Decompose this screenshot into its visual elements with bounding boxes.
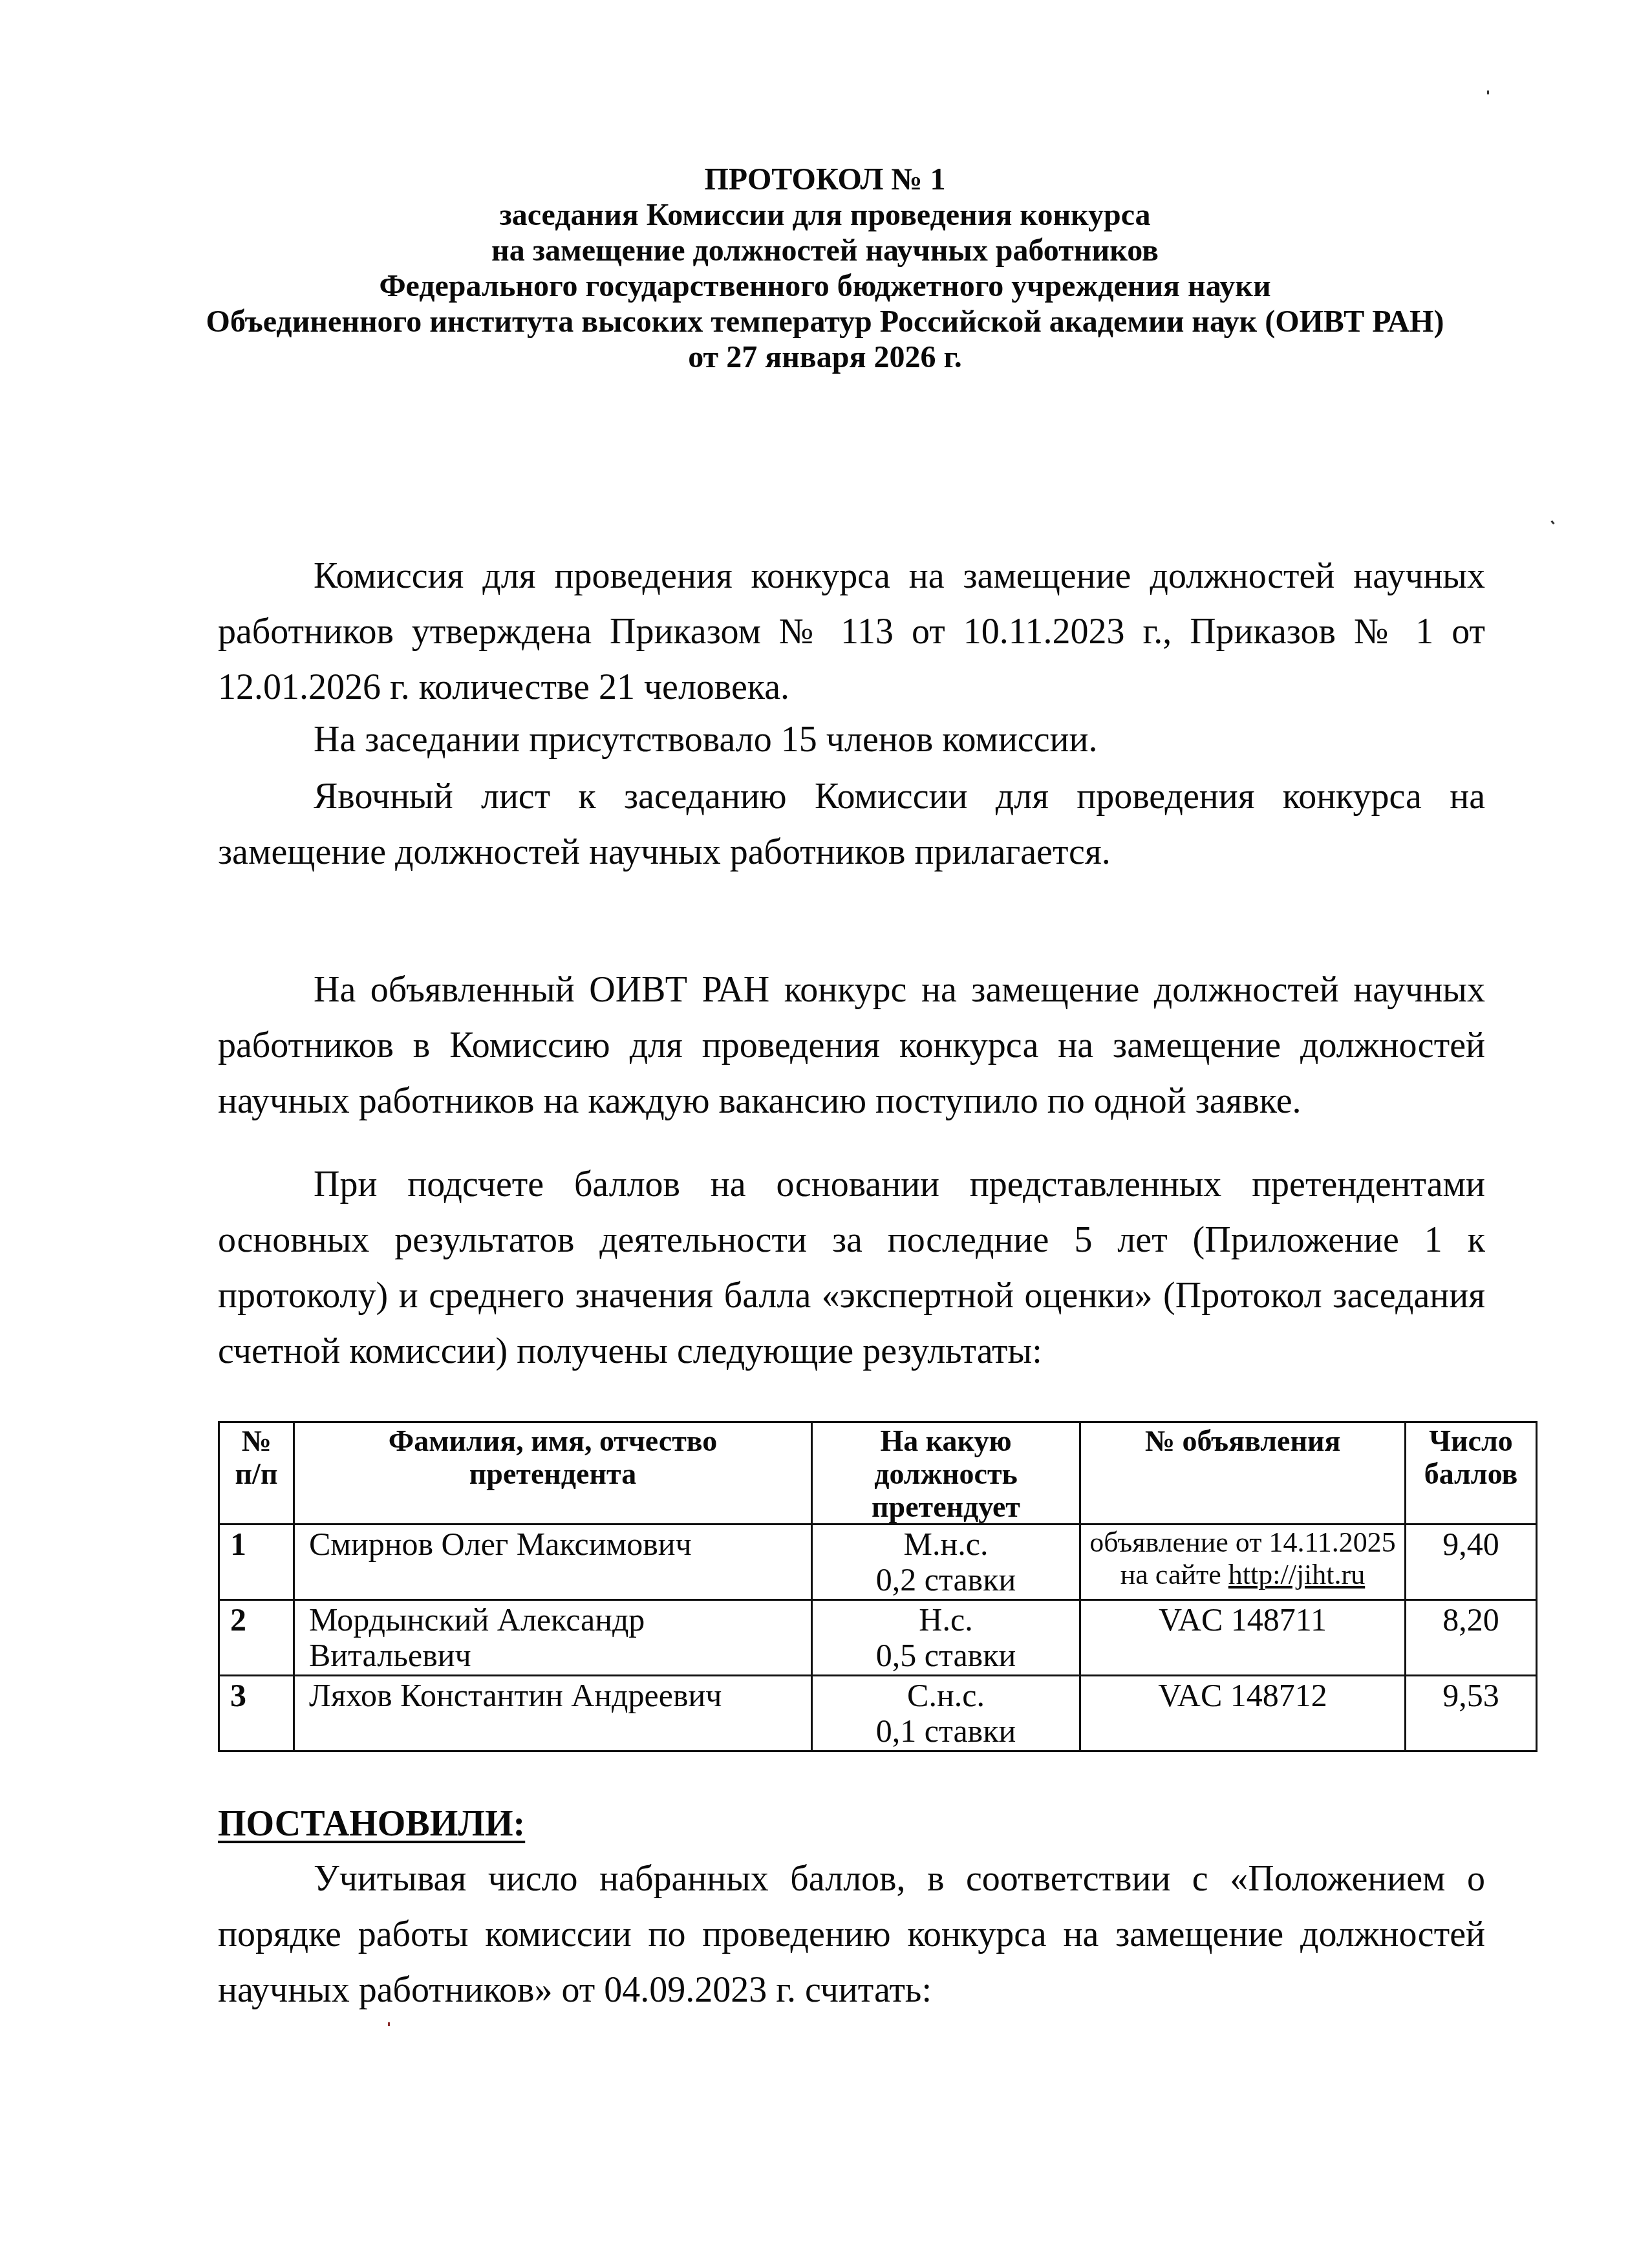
protocol-subtitle-line-1: заседания Комиссии для проведения конкур… — [194, 197, 1456, 233]
scan-speck — [1487, 91, 1489, 94]
table-row: 3 Ляхов Константин Андреевич С.н.с. 0,1 … — [219, 1676, 1537, 1751]
row-number: 1 — [219, 1524, 294, 1600]
resolution-heading: ПОСТАНОВИЛИ: — [218, 1796, 525, 1852]
position-cell: Н.с. 0,5 ставки — [812, 1600, 1080, 1676]
commission-composition-paragraph: Комиссия для проведения конкурса на заме… — [218, 548, 1485, 715]
position-rate: 0,1 ставки — [819, 1713, 1073, 1749]
position-cell: С.н.с. 0,1 ставки — [812, 1676, 1080, 1751]
score-cell: 9,53 — [1406, 1676, 1537, 1751]
institution-line-1: Федерального государственного бюджетного… — [194, 268, 1456, 304]
scan-speck — [388, 2022, 390, 2026]
table-header-row: № п/п Фамилия, имя, отчество претендента… — [219, 1422, 1537, 1524]
position-rate: 0,5 ставки — [819, 1638, 1073, 1673]
results-table: № п/п Фамилия, имя, отчество претендента… — [218, 1421, 1537, 1752]
announcement-site-prefix: на сайте — [1120, 1559, 1228, 1590]
score-cell: 8,20 — [1406, 1600, 1537, 1676]
table-row: 2 Мордынский Александр Витальевич Н.с. 0… — [219, 1600, 1537, 1676]
attendance-sheet-paragraph: Явочный лист к заседанию Комиссии для пр… — [218, 769, 1485, 880]
announcement-cell: объявление от 14.11.2025 на сайте http:/… — [1080, 1524, 1406, 1600]
protocol-subtitle-line-2: на замещение должностей научных работник… — [194, 233, 1456, 268]
document-page: ПРОТОКОЛ № 1 заседания Комиссии для пров… — [0, 0, 1650, 2268]
column-header-name: Фамилия, имя, отчество претендента — [294, 1422, 812, 1524]
position-cell: М.н.с. 0,2 ставки — [812, 1524, 1080, 1600]
table-row: 1 Смирнов Олег Максимович М.н.с. 0,2 ста… — [219, 1524, 1537, 1600]
announcement-cell: VAC 148711 — [1080, 1600, 1406, 1676]
column-header-score: Число баллов — [1406, 1422, 1537, 1524]
protocol-date: от 27 января 2026 г. — [194, 339, 1456, 375]
column-header-number: № п/п — [219, 1422, 294, 1524]
candidate-name: Смирнов Олег Максимович — [294, 1524, 812, 1600]
column-header-announcement: № объявления — [1080, 1422, 1406, 1524]
protocol-header: ПРОТОКОЛ № 1 заседания Комиссии для пров… — [194, 162, 1456, 375]
announcement-cell: VAC 148712 — [1080, 1676, 1406, 1751]
candidate-name: Мордынский Александр Витальевич — [294, 1600, 812, 1676]
candidate-name: Ляхов Константин Андреевич — [294, 1676, 812, 1751]
resolution-paragraph: Учитывая число набранных баллов, в соотв… — [218, 1851, 1485, 2018]
column-header-position: На какую должность претендует — [812, 1422, 1080, 1524]
scan-speck — [1550, 520, 1554, 525]
position-title: М.н.с. — [819, 1526, 1073, 1562]
announcement-site: на сайте http://jiht.ru — [1087, 1559, 1398, 1591]
scoring-paragraph: При подсчете баллов на основании предста… — [218, 1157, 1485, 1379]
score-cell: 9,40 — [1406, 1524, 1537, 1600]
position-title: Н.с. — [819, 1602, 1073, 1638]
row-number: 3 — [219, 1676, 294, 1751]
protocol-title: ПРОТОКОЛ № 1 — [194, 162, 1456, 197]
position-rate: 0,2 ставки — [819, 1562, 1073, 1598]
row-number: 2 — [219, 1600, 294, 1676]
position-title: С.н.с. — [819, 1678, 1073, 1713]
attendance-paragraph: На заседании присутствовало 15 членов ко… — [218, 712, 1485, 767]
applications-paragraph: На объявленный ОИВТ РАН конкурс на замещ… — [218, 962, 1485, 1129]
announcement-date: объявление от 14.11.2025 — [1087, 1526, 1398, 1559]
announcement-link[interactable]: http://jiht.ru — [1228, 1559, 1365, 1590]
institution-line-2: Объединенного института высоких температ… — [194, 304, 1456, 339]
